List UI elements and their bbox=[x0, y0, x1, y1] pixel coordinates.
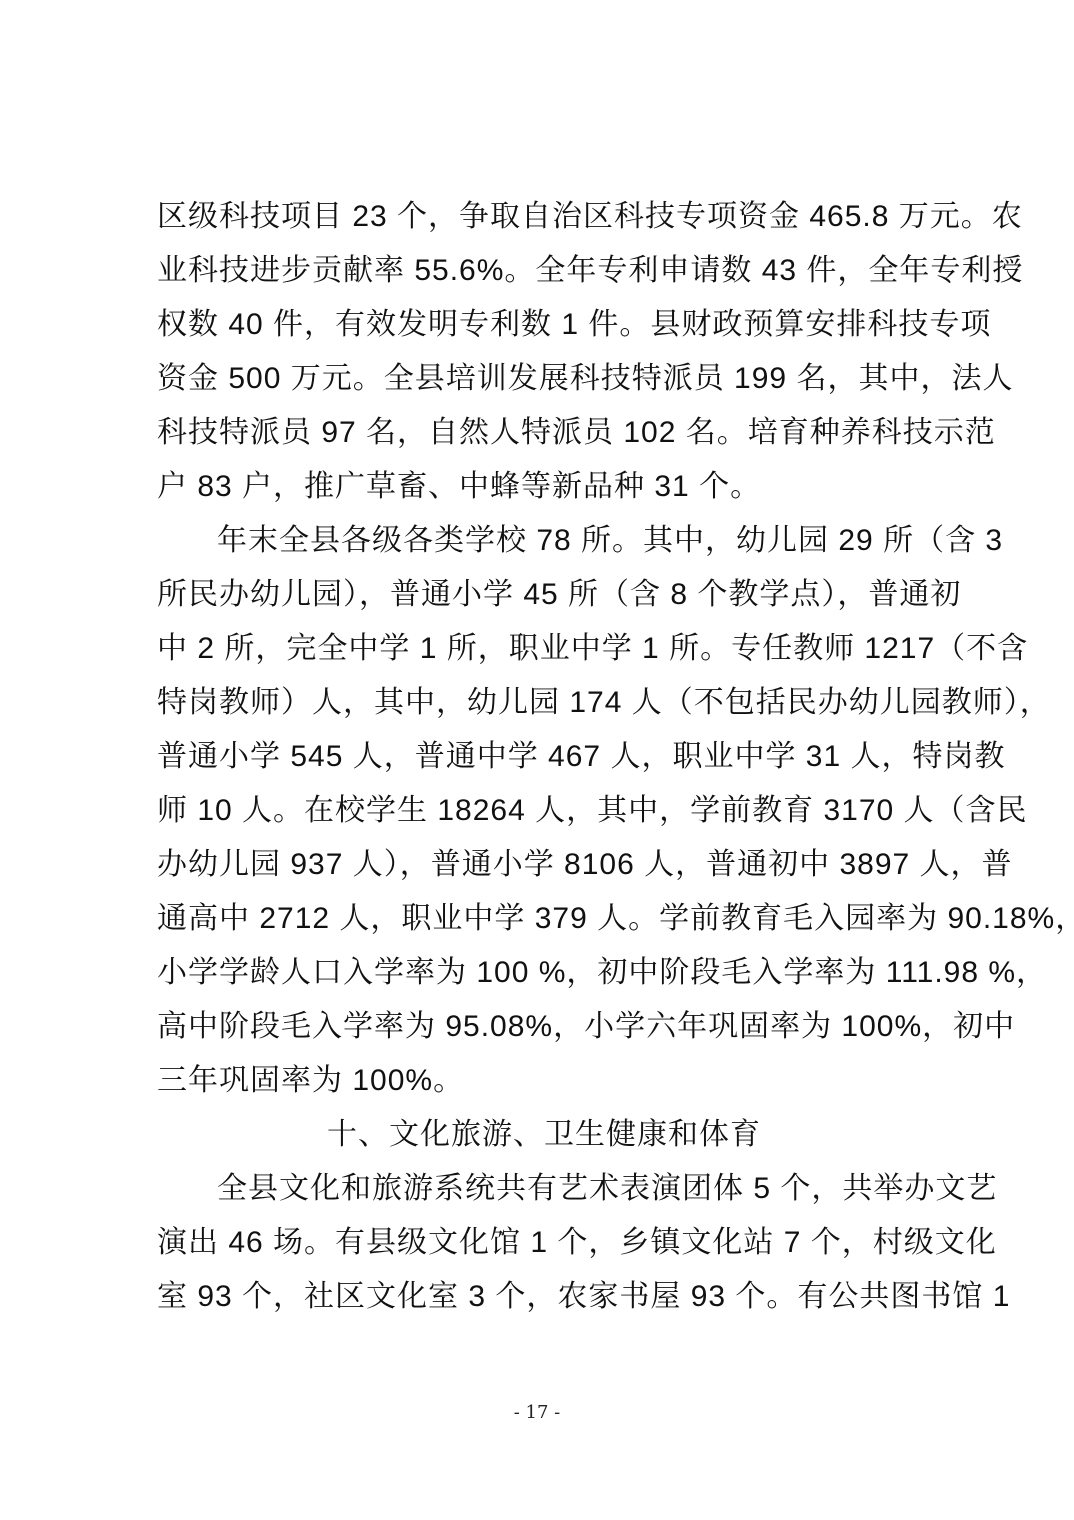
paragraph-education: 年末全县各级各类学校 78 所。其中，幼儿园 29 所（含 3 所民办幼儿园），… bbox=[157, 514, 931, 1108]
text-line: 年末全县各级各类学校 78 所。其中，幼儿园 29 所（含 3 bbox=[157, 514, 931, 568]
text-line: 演出 46 场。有县级文化馆 1 个，乡镇文化站 7 个，村级文化 bbox=[157, 1216, 931, 1270]
text-line: 资金 500 万元。全县培训发展科技特派员 199 名，其中，法人 bbox=[157, 352, 931, 406]
text-line: 通高中 2712 人，职业中学 379 人。学前教育毛入园率为 90.18%， bbox=[157, 892, 931, 946]
text-line: 普通小学 545 人，普通中学 467 人，职业中学 31 人，特岗教 bbox=[157, 730, 931, 784]
text-line: 全县文化和旅游系统共有艺术表演团体 5 个，共举办文艺 bbox=[157, 1162, 931, 1216]
text-line: 特岗教师）人，其中，幼儿园 174 人（不包括民办幼儿园教师）， bbox=[157, 676, 931, 730]
text-line: 室 93 个，社区文化室 3 个，农家书屋 93 个。有公共图书馆 1 bbox=[157, 1270, 931, 1324]
text-line: 三年巩固率为 100%。 bbox=[157, 1054, 931, 1108]
text-line: 师 10 人。在校学生 18264 人，其中，学前教育 3170 人（含民 bbox=[157, 784, 931, 838]
document-page: 区级科技项目 23 个，争取自治区科技专项资金 465.8 万元。农 业科技进步… bbox=[157, 190, 931, 1324]
text-line: 办幼儿园 937 人），普通小学 8106 人，普通初中 3897 人，普 bbox=[157, 838, 931, 892]
text-line: 科技特派员 97 名，自然人特派员 102 名。培育种养科技示范 bbox=[157, 406, 931, 460]
text-line: 户 83 户，推广草畜、中蜂等新品种 31 个。 bbox=[157, 460, 931, 514]
page-number: - 17 - bbox=[0, 1402, 1074, 1423]
text-line: 权数 40 件，有效发明专利数 1 件。县财政预算安排科技专项 bbox=[157, 298, 931, 352]
text-line: 所民办幼儿园），普通小学 45 所（含 8 个教学点），普通初 bbox=[157, 568, 931, 622]
text-line: 小学学龄人口入学率为 100 %，初中阶段毛入学率为 111.98 %， bbox=[157, 946, 931, 1000]
text-line: 中 2 所，完全中学 1 所，职业中学 1 所。专任教师 1217（不含 bbox=[157, 622, 931, 676]
text-line: 高中阶段毛入学率为 95.08%，小学六年巩固率为 100%，初中 bbox=[157, 1000, 931, 1054]
paragraph-science-tech: 区级科技项目 23 个，争取自治区科技专项资金 465.8 万元。农 业科技进步… bbox=[157, 190, 931, 514]
text-line: 业科技进步贡献率 55.6%。全年专利申请数 43 件，全年专利授 bbox=[157, 244, 931, 298]
text-line: 区级科技项目 23 个，争取自治区科技专项资金 465.8 万元。农 bbox=[157, 190, 931, 244]
section-heading: 十、文化旅游、卫生健康和体育 bbox=[157, 1108, 931, 1162]
paragraph-culture-tourism: 全县文化和旅游系统共有艺术表演团体 5 个，共举办文艺 演出 46 场。有县级文… bbox=[157, 1162, 931, 1324]
